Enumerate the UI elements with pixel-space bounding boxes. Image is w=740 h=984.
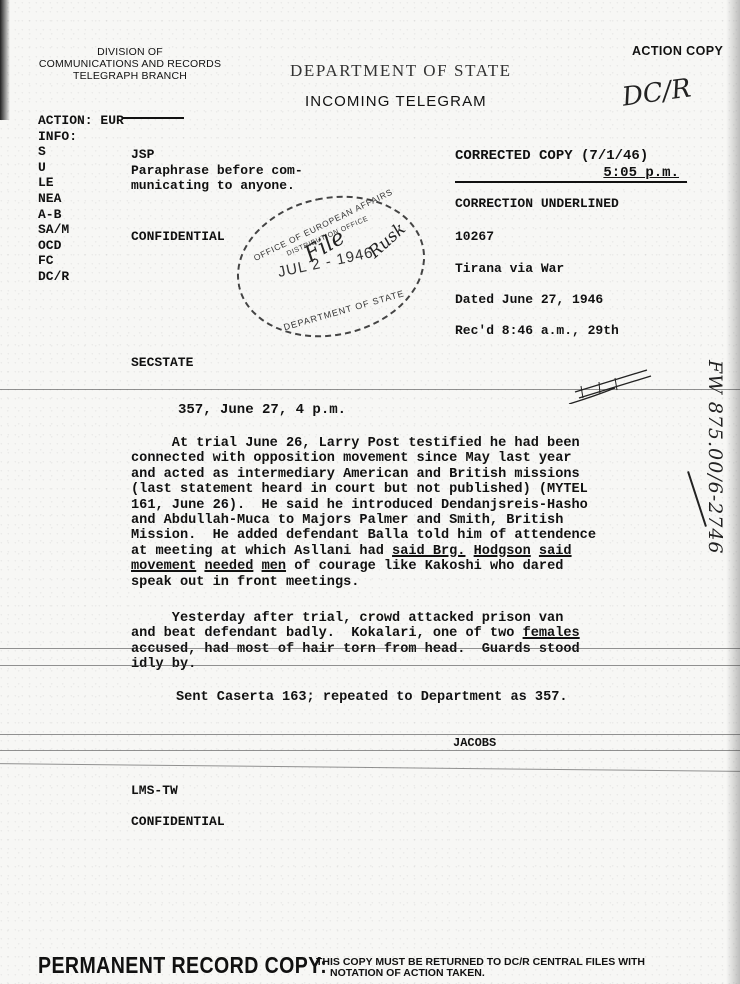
correction-underline: said: [539, 544, 572, 559]
correction-underline: movement: [131, 559, 196, 574]
footer-notice-line: NOTATION OF ACTION TAKEN.: [316, 968, 645, 979]
stamp-handwritten-initials: Rusk: [365, 219, 410, 262]
message-paragraph-1: At trial June 26, Larry Post testified h…: [131, 436, 596, 590]
body-line: and acted as intermediary American and B…: [131, 467, 596, 482]
scan-edge-right: [726, 0, 740, 984]
body-line: and beat defendant badly. Kokalari, one …: [131, 626, 580, 641]
classification-bottom: CONFIDENTIAL: [131, 814, 225, 829]
routing-office: A-B: [38, 207, 184, 223]
body-text: and beat defendant badly. Kokalari, one …: [131, 626, 523, 641]
body-text: at meeting at which Asllani had: [131, 544, 392, 559]
correction-underline: men: [262, 559, 286, 574]
classification-top: CONFIDENTIAL: [131, 229, 225, 244]
action-strike-line: [122, 117, 184, 119]
body-line: Yesterday after trial, crowd attacked pr…: [131, 611, 580, 626]
division-block: DIVISION OF COMMUNICATIONS AND RECORDS T…: [20, 46, 240, 82]
sent-line: Sent Caserta 163; repeated to Department…: [176, 690, 568, 705]
scan-line: [0, 734, 740, 735]
typist-initials: LMS-TW: [131, 783, 178, 798]
correction-time: 5:05 p.m.: [455, 165, 679, 182]
footer-notice: THIS COPY MUST BE RETURNED TO DC/R CENTR…: [316, 957, 645, 979]
telegram-received: Rec'd 8:46 a.m., 29th: [455, 323, 619, 338]
received-stamp: OFFICE OF EUROPEAN AFFAIRS DISTRIBUTION …: [224, 179, 439, 354]
body-line: movement needed men of courage like Kako…: [131, 559, 596, 574]
action-copy-label: ACTION COPY: [632, 44, 723, 58]
body-line: accused, had most of hair torn from head…: [131, 642, 580, 657]
division-line: DIVISION OF: [20, 46, 240, 58]
body-line: Mission. He added defendant Balla told h…: [131, 528, 596, 543]
correction-underline: Hodgson: [474, 544, 531, 559]
body-line: and Abdullah-Muca to Majors Palmer and S…: [131, 513, 596, 528]
correction-block: CORRECTED COPY (7/1/46) 5:05 p.m.: [455, 148, 679, 182]
margin-file-number: FW 875.00/6-2746: [704, 360, 726, 555]
telegram-origin: Tirana via War: [455, 261, 564, 276]
signer: JACOBS: [453, 736, 496, 750]
routing-office: DC/R: [38, 269, 184, 285]
correction-underline: said Brg.: [392, 544, 465, 559]
body-line: At trial June 26, Larry Post testified h…: [131, 436, 596, 451]
correction-underline: needed: [204, 559, 253, 574]
body-line: speak out in front meetings.: [131, 575, 596, 590]
addressee: SECSTATE: [131, 355, 193, 370]
routing-office: FC: [38, 253, 184, 269]
body-text: of courage like Kakoshi who dared: [286, 559, 563, 574]
instruction-line: Paraphrase before com-: [131, 163, 303, 179]
scan-line: [0, 750, 740, 751]
correction-underline: females: [523, 626, 580, 641]
message-reference: 357, June 27, 4 p.m.: [178, 402, 346, 418]
telegram-number: 10267: [455, 229, 494, 244]
department-title: DEPARTMENT OF STATE: [290, 61, 512, 81]
correction-note: CORRECTION UNDERLINED: [455, 196, 619, 211]
telegram-dated: Dated June 27, 1946: [455, 292, 603, 307]
instruction-line: municating to anyone.: [131, 178, 303, 194]
footer: PERMANENT RECORD COPY: THIS COPY MUST BE…: [38, 952, 645, 979]
scan-line: [0, 665, 740, 666]
body-line: 161, June 26). He said he introduced Den…: [131, 498, 596, 513]
correction-title: CORRECTED COPY (7/1/46): [455, 148, 679, 165]
body-line: at meeting at which Asllani had said Brg…: [131, 544, 596, 559]
body-line: connected with opposition movement since…: [131, 451, 596, 466]
scan-line: [0, 648, 740, 649]
document-subtitle: INCOMING TELEGRAM: [305, 93, 487, 110]
body-line: (last statement heard in court but not p…: [131, 482, 596, 497]
stamp-department: DEPARTMENT OF STATE: [282, 288, 405, 332]
handwritten-office: DC/R: [620, 73, 693, 112]
instruction-code: JSP: [131, 147, 303, 163]
routing-block: ACTION: EUR INFO: S U LE NEA A-B SA/M OC…: [38, 113, 184, 285]
division-line: COMMUNICATIONS AND RECORDS: [20, 58, 240, 70]
check-marks: [565, 364, 665, 404]
action-label: ACTION: EUR: [38, 113, 124, 129]
footer-label: PERMANENT RECORD COPY:: [38, 952, 269, 979]
info-label: INFO:: [38, 129, 184, 145]
message-paragraph-2: Yesterday after trial, crowd attacked pr…: [131, 611, 580, 673]
scan-line: [0, 763, 740, 772]
division-line: TELEGRAPH BRANCH: [20, 70, 240, 82]
correction-rule: [455, 181, 687, 183]
action-line: ACTION: EUR: [38, 113, 184, 129]
scan-edge-left: [0, 0, 10, 120]
handling-instructions: JSP Paraphrase before com- municating to…: [131, 147, 303, 194]
